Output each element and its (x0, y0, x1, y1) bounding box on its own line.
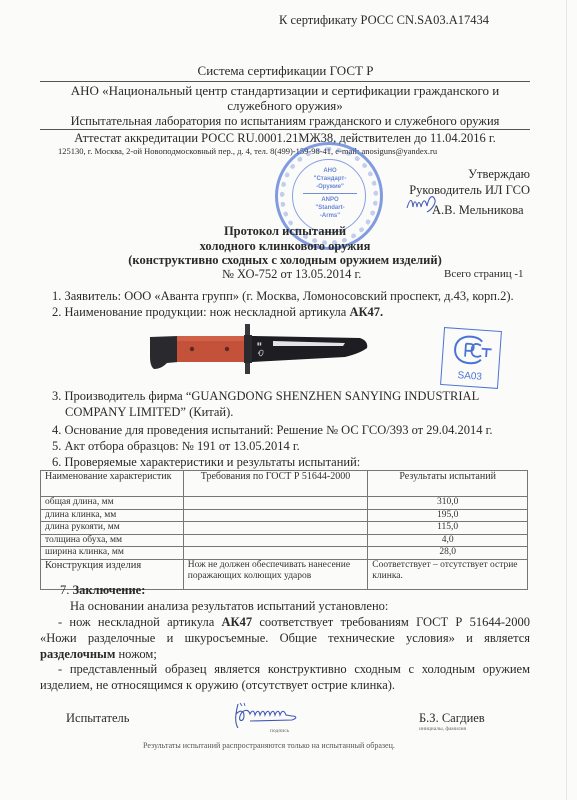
text-run: ножом; (115, 647, 156, 661)
stamp-divider (303, 193, 357, 194)
gost-conformity-mark: SA03 (440, 327, 502, 389)
organization-name: АНО «Национальный центр стандартизации и… (40, 83, 530, 113)
table-cell: длина клинка, мм (41, 509, 184, 522)
accreditation: Аттестат аккредитации РОСС RU.0001.21МЖ3… (40, 131, 530, 146)
table-header-row: Наименование характеристик Требования по… (41, 471, 528, 497)
gost-mark-code: SA03 (441, 369, 498, 384)
text-run: - нож нескладной артикула (58, 615, 222, 629)
table-cell (183, 509, 368, 522)
divider (40, 81, 530, 82)
table-cell (183, 497, 368, 510)
table-cell: 115,0 (368, 522, 528, 535)
table-row: общая длина, мм 310,0 (41, 497, 528, 510)
stamp-text: ANPO (293, 197, 367, 204)
table-cell: 28,0 (368, 547, 528, 560)
table-cell: ширина клинка, мм (41, 547, 184, 560)
conclusion-intro: На основании анализа результатов испытан… (70, 599, 388, 614)
table-header-cell: Требования по ГОСТ Р 51644-2000 (183, 471, 368, 497)
tester-name: Б.З. Сагдиев (419, 711, 485, 726)
table-cell: 4,0 (368, 534, 528, 547)
divider (40, 129, 530, 130)
protocol-number: № ХО-752 от 13.05.2014 г. (222, 267, 361, 282)
stamp-text: "Standart- (293, 205, 367, 212)
signature-caption: подпись (270, 728, 289, 734)
page-edge (566, 0, 567, 800)
characteristics-heading: 6. Проверяемые характеристики и результа… (52, 455, 360, 470)
results-table: Наименование характеристик Требования по… (40, 470, 528, 590)
table-cell: общая длина, мм (41, 497, 184, 510)
certificate-reference: К сертификату РОСС CN.SA03.A17434 (279, 13, 489, 28)
approve-label: Утверждаю (390, 166, 530, 182)
table-row: ширина клинка, мм 28,0 (41, 547, 528, 560)
table-cell: длина рукояти, мм (41, 522, 184, 535)
stamp-text: -Arms" (293, 213, 367, 220)
article-bold: АК47 (222, 615, 253, 629)
protocol-title-line: холодного клинкового оружия (80, 239, 490, 254)
total-pages: Всего страниц -1 (444, 268, 524, 280)
table-cell: 310,0 (368, 497, 528, 510)
stamp-inner-circle: АНО "Стандарт- -Оружие" ANPO "Standart- … (292, 159, 366, 233)
protocol-title-line: Протокол испытаний (80, 224, 490, 239)
tester-signature (232, 702, 312, 730)
svg-text:▮▮: ▮▮ (257, 341, 261, 346)
table-row: длина рукояти, мм 115,0 (41, 522, 528, 535)
conclusion-paragraph-1: - нож нескладной артикула АК47 соответст… (40, 614, 530, 662)
system-title: Система сертификации ГОСТ Р (0, 63, 577, 79)
protocol-title-line: (конструктивно сходных с холодным оружие… (80, 253, 490, 268)
table-cell (183, 547, 368, 560)
manufacturer-line: 3. Производитель фирма “GUANGDONG SHENZH… (52, 389, 479, 403)
tester-label: Испытатель (66, 711, 129, 726)
product-prefix: 2. Наименование продукции: нож нескладно… (52, 305, 349, 319)
sample-act: 5. Акт отбора образцов: № 191 от 13.05.2… (52, 439, 300, 454)
table-row: толщина обуха, мм 4,0 (41, 534, 528, 547)
stamp-text: "Стандарт- (293, 176, 367, 183)
table-cell: толщина обуха, мм (41, 534, 184, 547)
address-line: 125130, г. Москва, 2-ой Новоподмосковный… (58, 146, 437, 156)
knife-type-bold: разделочным (40, 647, 115, 661)
table-cell: 195,0 (368, 509, 528, 522)
table-cell: Нож не должен обеспечивать нанесение пор… (183, 559, 368, 589)
table-header-cell: Наименование характеристик (41, 471, 184, 497)
product-name: 2. Наименование продукции: нож нескладно… (52, 305, 383, 320)
protocol-title: Протокол испытаний холодного клинкового … (80, 224, 490, 268)
table-cell (183, 534, 368, 547)
table-cell (183, 522, 368, 535)
laboratory-name: Испытательная лаборатория по испытаниям … (40, 114, 530, 129)
rst-logo-icon (451, 334, 495, 367)
approver-name: А.В. Мельникова (432, 203, 524, 218)
stamp-text: АНО (293, 168, 367, 175)
manufacturer: 3. Производитель фирма “GUANGDONG SHENZH… (52, 388, 492, 420)
manufacturer-line: COMPANY LIMITED” (Китай). (52, 404, 492, 420)
table-row: длина клинка, мм 195,0 (41, 509, 528, 522)
conclusion-title: Заключение: (73, 583, 146, 597)
conclusion-number: 7. (60, 583, 73, 597)
table-header-cell: Результаты испытаний (368, 471, 528, 497)
applicant: 1. Заявитель: ООО «Аванта групп» (г. Мос… (52, 289, 514, 304)
footer-note: Результаты испытаний распространяются то… (143, 741, 395, 750)
table-cell: Соответствует – отсутствует острие клинк… (368, 559, 528, 589)
name-caption: инициалы, фамилия (419, 726, 466, 732)
test-basis: 4. Основание для проведения испытаний: Р… (52, 423, 492, 438)
conclusion-paragraph-2: - представленный образец является констр… (40, 661, 530, 693)
product-article: АК47. (349, 305, 383, 319)
conclusion-heading: 7. Заключение: (60, 583, 145, 598)
knife-image: ▮▮ (145, 322, 370, 378)
stamp-text: -Оружие" (293, 184, 367, 191)
